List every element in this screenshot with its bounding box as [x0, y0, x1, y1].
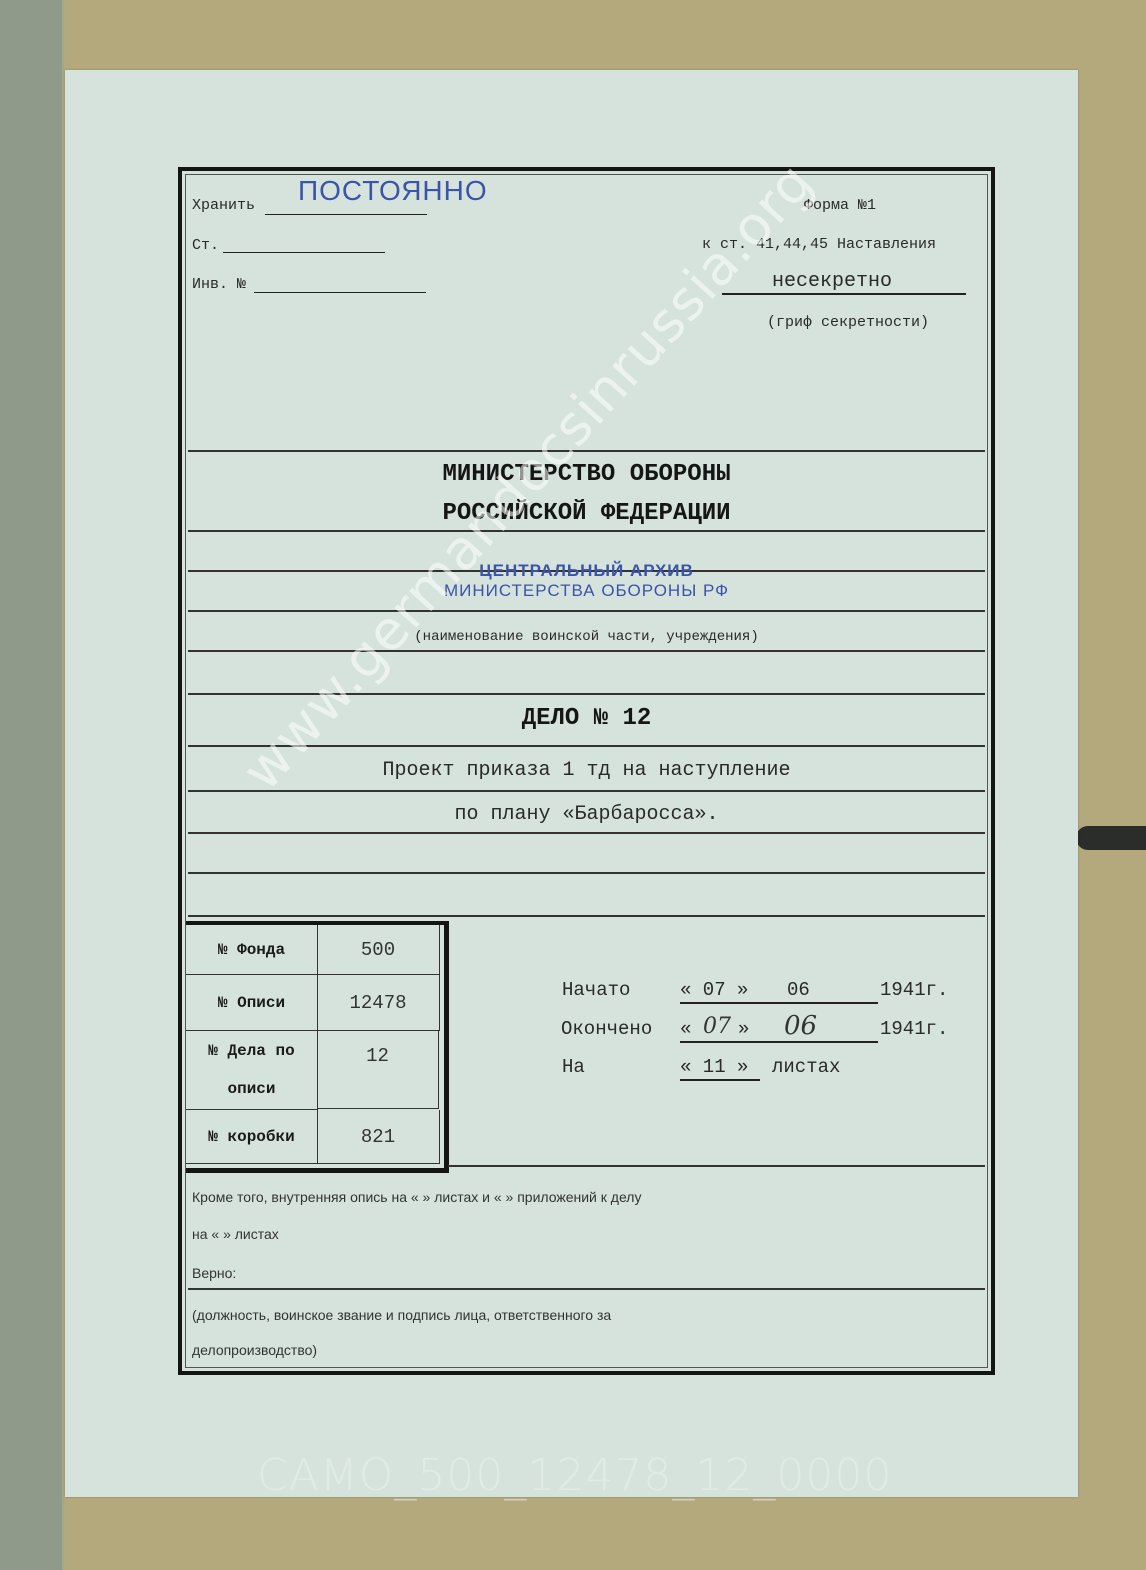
started-day: « 07 »	[680, 979, 748, 1001]
sheets-value: « 11 »	[680, 1056, 748, 1078]
table-row-box-label: № коробки	[186, 1110, 318, 1164]
ended-day-close: »	[738, 1018, 749, 1040]
table-row-opis-value: 12478	[317, 975, 440, 1031]
rule	[188, 1288, 985, 1290]
table-row-delo-label: № Дела по описи	[186, 1031, 318, 1110]
sheets-underline	[680, 1079, 760, 1081]
ended-underline	[680, 1041, 878, 1043]
responsible-line-2: делопроизводство)	[192, 1342, 317, 1358]
responsible-line-1: (должность, воинское звание и подпись ли…	[192, 1307, 611, 1323]
article-label: Ст.	[192, 237, 219, 254]
folder-clip	[1076, 826, 1146, 850]
ended-label: Окончено	[561, 1018, 652, 1040]
classification-caption: (гриф секретности)	[767, 314, 929, 331]
table-row-delo-label-line-2: описи	[227, 1070, 275, 1108]
archive-stamp-line-2: МИНИСТЕРСТВА ОБОРОНЫ РФ	[182, 581, 991, 601]
rule	[188, 832, 985, 834]
keep-underline	[265, 214, 427, 215]
rule	[188, 872, 985, 874]
sheets-suffix: листах	[772, 1056, 840, 1078]
rule	[188, 610, 985, 612]
started-underline	[680, 1002, 878, 1004]
keep-stamp: ПОСТОЯННО	[298, 175, 488, 207]
table-row-box-value: 821	[317, 1110, 440, 1164]
table-row-delo-label-line-1: № Дела по	[208, 1032, 294, 1070]
rule	[188, 530, 985, 532]
unit-caption: (наименование воинской части, учреждения…	[182, 629, 991, 645]
left-binding-strip	[0, 0, 64, 1570]
rule	[448, 1165, 985, 1167]
verified-label: Верно:	[192, 1265, 236, 1281]
file-id-watermark: CAMO_500_12478_12_0000	[257, 1450, 892, 1501]
ministry-line-1: МИНИСТЕРСТВО ОБОРОНЫ	[182, 461, 991, 488]
rule	[188, 650, 985, 652]
sheets-label: На	[562, 1056, 585, 1078]
table-row-delo-value: 12	[317, 1031, 439, 1109]
table-row-fond-label: № Фонда	[186, 925, 318, 975]
rule	[188, 790, 985, 792]
classification-underline	[722, 293, 966, 295]
article-field[interactable]	[223, 252, 385, 253]
inventory-label: Инв. №	[192, 276, 246, 293]
keep-label: Хранить	[192, 197, 255, 214]
ended-month-handwritten: 06	[784, 1011, 817, 1041]
rule	[188, 915, 985, 917]
inventory-line: Кроме того, внутренняя опись на « » лист…	[192, 1189, 641, 1205]
ended-year: 1941г.	[880, 1018, 948, 1040]
ended-day-open: «	[680, 1018, 691, 1040]
started-month: 06	[787, 979, 810, 1001]
archive-stamp-line-1: ЦЕНТРАЛЬНЫЙ АРХИВ	[182, 561, 991, 581]
classification-value: несекретно	[772, 270, 892, 293]
ministry-line-2: РОССИЙСКОЙ ФЕДЕРАЦИИ	[182, 500, 991, 527]
inventory-field[interactable]	[254, 292, 426, 293]
sheets-line: на « » листах	[192, 1226, 279, 1242]
started-year: 1941г.	[880, 979, 948, 1001]
started-label: Начато	[562, 979, 630, 1001]
ended-day-handwritten: 07	[703, 1014, 731, 1039]
case-description-line-2: по плану «Барбаросса».	[182, 803, 991, 826]
table-row-fond-value: 500	[317, 925, 440, 975]
archive-table: № Фонда 500 № Описи 12478 № Дела по опис…	[186, 921, 449, 1173]
table-row-opis-label: № Описи	[186, 975, 318, 1031]
